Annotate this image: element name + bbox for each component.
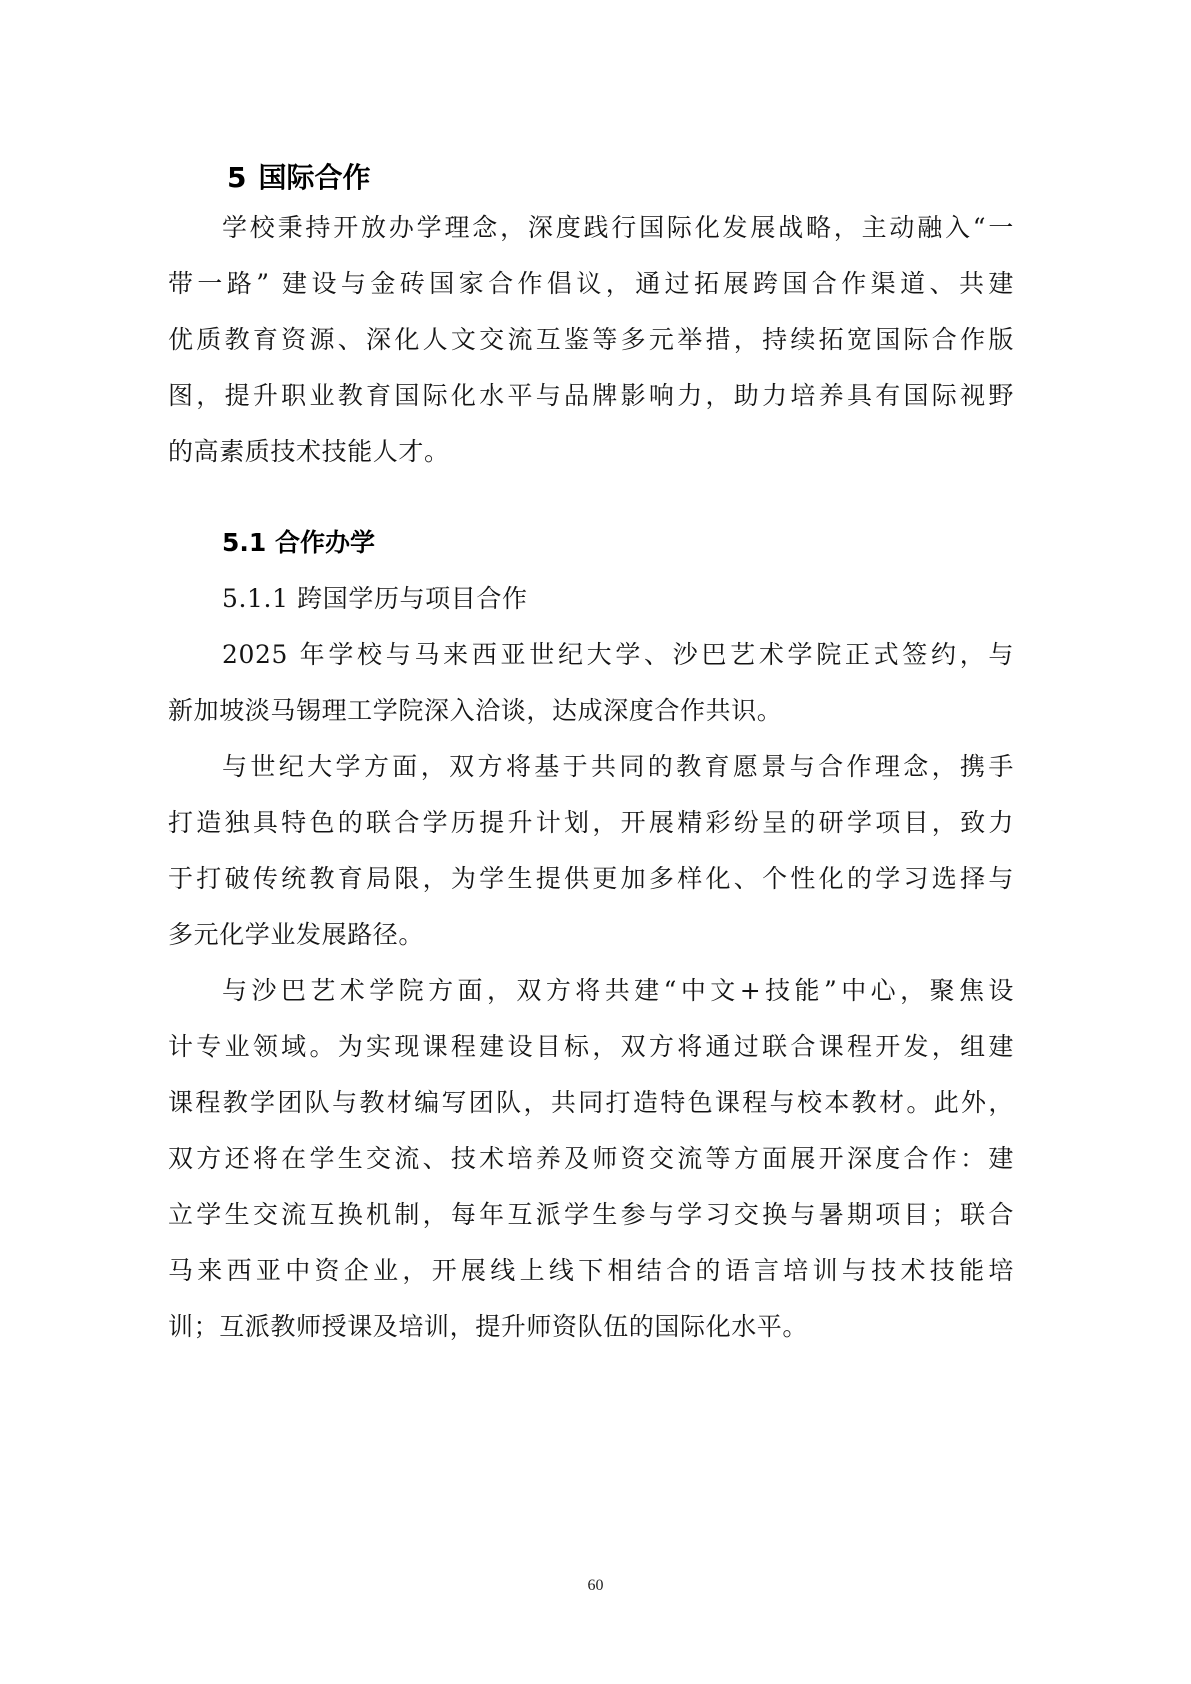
text-line: 带一路” 建设与金砖国家合作倡议，通过拓展跨国合作渠道、共建: [168, 269, 1014, 299]
text-line: 立学生交流互换机制，每年互派学生参与学习交换与暑期项目；联合: [168, 1200, 1014, 1230]
text-line: 新加坡淡马锡理工学院深入洽谈，达成深度合作共识。: [168, 696, 782, 726]
text-line: 打造独具特色的联合学历提升计划，开展精彩纷呈的研学项目，致力: [168, 808, 1014, 838]
subsubsection-heading: 5.1.1 跨国学历与项目合作: [222, 584, 528, 614]
text-line: 与沙巴艺术学院方面，双方将共建“中文+技能”中心，聚焦设: [222, 976, 1014, 1006]
text-line: 马来西亚中资企业，开展线上线下相结合的语言培训与技术技能培: [168, 1256, 1014, 1286]
text-line: 于打破传统教育局限，为学生提供更加多样化、个性化的学习选择与: [168, 864, 1014, 894]
document-page: 5国际合作 学校秉持开放办学理念，深度践行国际化发展战略，主动融入“一 带一路”…: [0, 0, 1191, 1684]
text-line: 课程教学团队与教材编写团队，共同打造特色课程与校本教材。此外，: [168, 1088, 1014, 1118]
text-line: 训；互派教师授课及培训，提升师资队伍的国际化水平。: [168, 1312, 808, 1342]
text-line: 的高素质技术技能人才。: [168, 437, 450, 467]
text-line: 双方还将在学生交流、技术培养及师资交流等方面展开深度合作：建: [168, 1144, 1014, 1174]
section-title: 国际合作: [258, 161, 370, 194]
section-heading: 5国际合作: [227, 161, 371, 195]
page-number: 60: [0, 1576, 1191, 1596]
text-line: 2025 年学校与马来西亚世纪大学、沙巴艺术学院正式签约，与: [222, 640, 1014, 670]
text-line: 图，提升职业教育国际化水平与品牌影响力，助力培养具有国际视野: [168, 381, 1014, 411]
section-number: 5: [227, 161, 246, 194]
text-line: 优质教育资源、深化人文交流互鉴等多元举措，持续拓宽国际合作版: [168, 325, 1014, 355]
text-line: 与世纪大学方面，双方将基于共同的教育愿景与合作理念，携手: [222, 752, 1014, 782]
subsection-heading: 5.1 合作办学: [222, 528, 375, 558]
text-line: 多元化学业发展路径。: [168, 920, 424, 950]
text-line: 计专业领域。为实现课程建设目标，双方将通过联合课程开发，组建: [168, 1032, 1014, 1062]
text-line: 学校秉持开放办学理念，深度践行国际化发展战略，主动融入“一: [222, 213, 1014, 243]
